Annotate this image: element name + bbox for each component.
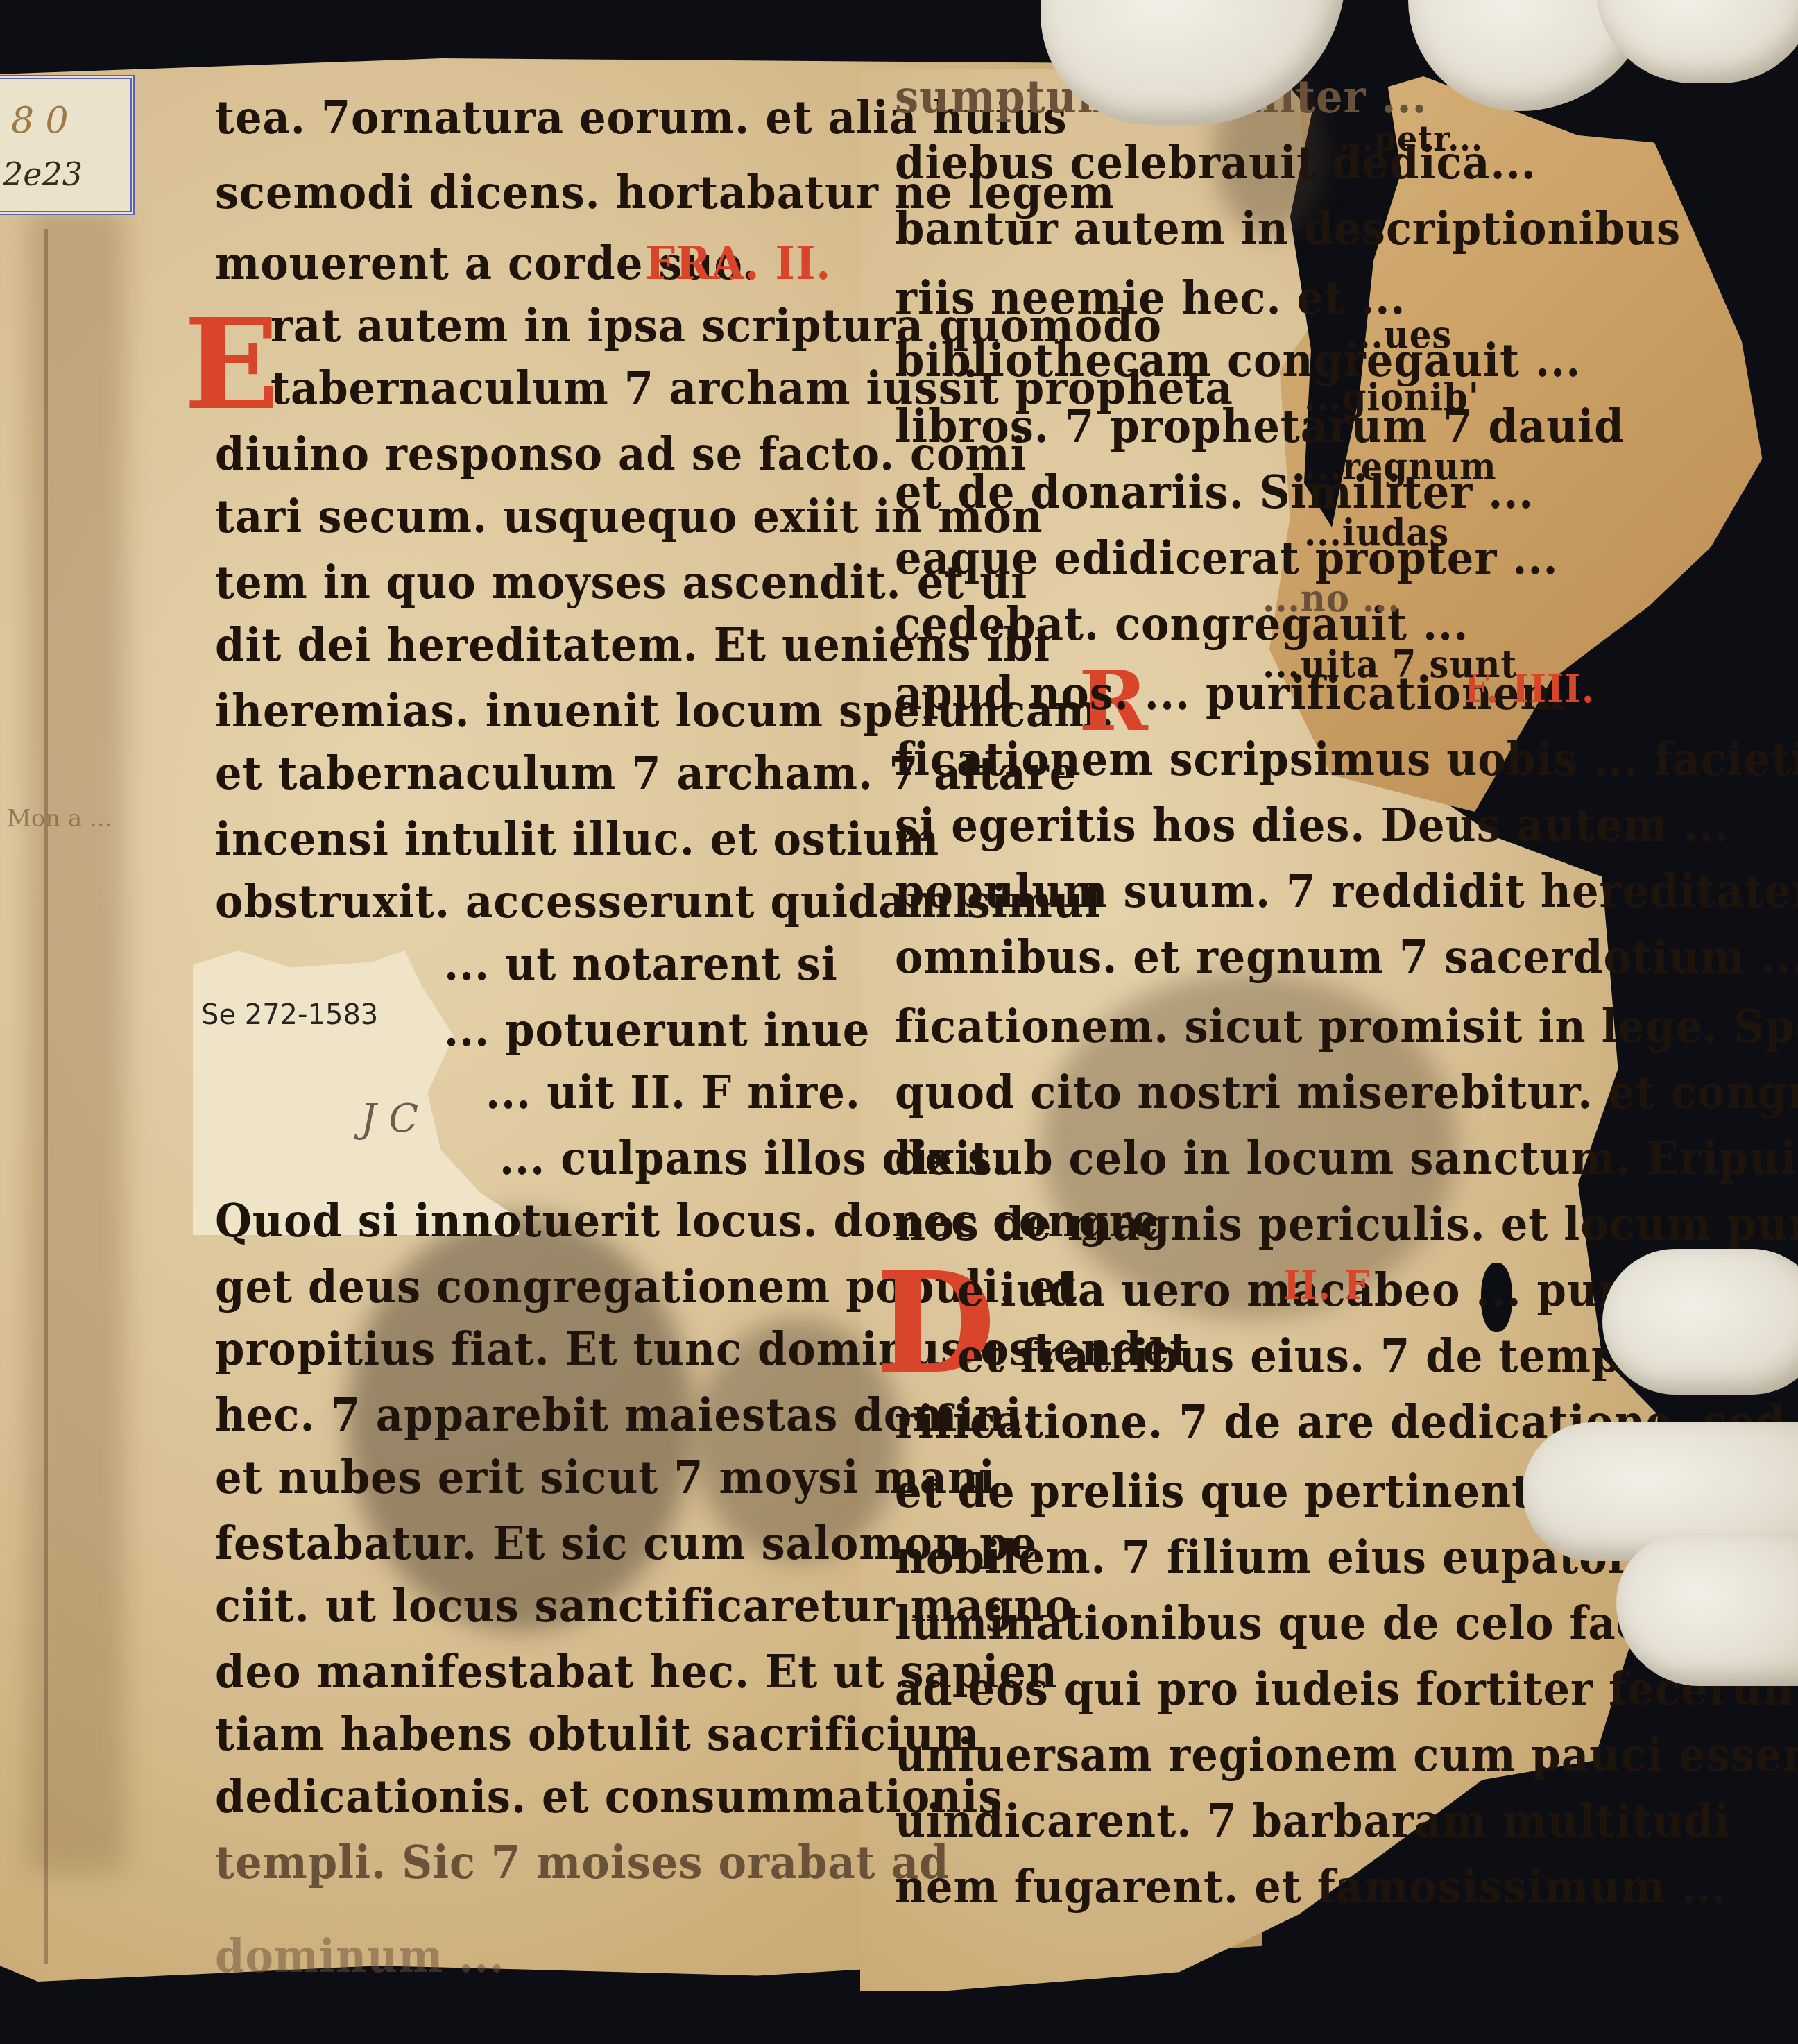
glove-finger-right-1 — [1602, 1249, 1798, 1395]
text-line: templi. Sic 7 moises orabat ad — [215, 1835, 949, 1889]
text-line: nem fugarent. et famosissimum ... — [895, 1859, 1727, 1914]
glove-finger-top-3 — [1595, 0, 1798, 83]
flap-fragment: ...petr... — [1339, 118, 1483, 159]
text-line: omnibus. et regnum 7 sacerdotium ... — [895, 930, 1798, 984]
text-line: quod cito nostri miserebitur. et congreg… — [895, 1065, 1798, 1119]
glove-finger-right-3 — [1616, 1533, 1798, 1686]
gutter-line — [44, 229, 48, 1964]
text-line: et nubes erit sicut 7 moysi mani — [215, 1450, 995, 1504]
text-line: dedicationis. et consummationis — [215, 1769, 1002, 1823]
text-line: riis neemie hec. et ... — [895, 271, 1405, 325]
flap-fragment: ...gionib' — [1304, 375, 1480, 419]
rubric-heading: FRA. II. — [645, 236, 831, 290]
text-line: dominum ... — [215, 1929, 504, 1983]
text-line: tiam habens obtulit sacrificium — [215, 1707, 979, 1761]
initial-letter-e: E — [184, 291, 279, 438]
shelf-mark-line-1: 8 0 — [11, 100, 69, 142]
paper-label-text: Se 272-1583 — [201, 999, 378, 1031]
text-line: eaque edidicerat propter ... — [895, 531, 1559, 585]
shelf-mark-tag: 8 0 2e23 — [0, 75, 135, 215]
text-line: uindicarent. 7 barbaram multitudi — [895, 1794, 1731, 1848]
shelf-mark-line-2: 2e23 — [3, 155, 83, 193]
text-line: nos de magnis periculis. et locum pur — [895, 1197, 1798, 1251]
flap-fragment: ...iudas — [1304, 510, 1449, 554]
text-line: ficationem scripsimus uobis ... facietis — [895, 732, 1798, 786]
text-line: populum suum. 7 reddidit hereditatem — [895, 864, 1798, 918]
margin-note: Mon a ... — [7, 805, 112, 833]
text-line: de sub celo in locum sanctum. Eripuit en… — [895, 1131, 1798, 1185]
text-line: ficationem. sicut promisit in lege. Sper… — [895, 999, 1798, 1053]
text-line: incensi intulit illuc. et ostium — [215, 812, 939, 866]
text-line: ... ut notarent si — [444, 937, 838, 991]
flap-fragment: ...regnum — [1304, 444, 1496, 488]
flap-fragment: ...uita 7 sunt — [1262, 642, 1517, 686]
text-line: uniuersam regionem cum pauci essent — [895, 1728, 1798, 1782]
text-line: libros. 7 prophetarum 7 dauid — [895, 399, 1625, 453]
text-line: ... potuerunt inue — [444, 1003, 870, 1057]
flap-fragment: ...ues — [1346, 312, 1452, 357]
paper-label-note: J C — [361, 1096, 418, 1141]
text-line: si egeritis hos dies. Deus autem ... — [895, 798, 1729, 852]
rubric-marker: II. F — [1283, 1263, 1370, 1309]
text-line: bantur autem in descriptionibus — [895, 201, 1681, 255]
flap-fragment: ...no ... — [1262, 576, 1401, 620]
text-line: ... uit II. F nire. — [486, 1065, 861, 1119]
